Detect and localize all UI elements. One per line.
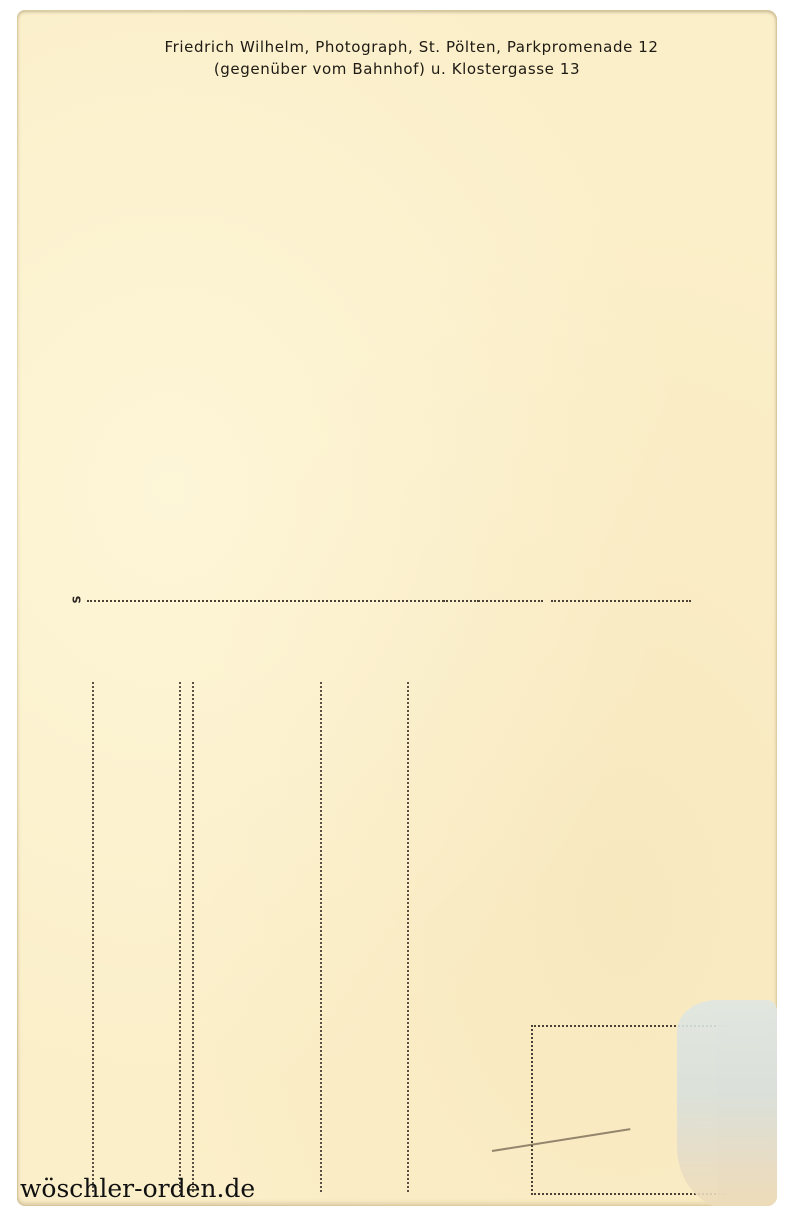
vertical-dotted-line-4 bbox=[320, 682, 322, 1192]
vertical-dotted-line-5 bbox=[407, 682, 409, 1192]
photographer-imprint: Friedrich Wilhelm, Photograph, St. Pölte… bbox=[28, 36, 765, 80]
address-line-top: S bbox=[73, 592, 693, 608]
address-marker: S bbox=[70, 596, 83, 604]
paper-damage bbox=[677, 1000, 777, 1206]
imprint-line-1: Friedrich Wilhelm, Photograph, St. Pölte… bbox=[28, 36, 765, 58]
dotted-line-segment-3 bbox=[551, 600, 691, 602]
dotted-line-segment-2 bbox=[443, 600, 543, 602]
vertical-dotted-line-1 bbox=[92, 682, 94, 1192]
postcard-back: Friedrich Wilhelm, Photograph, St. Pölte… bbox=[17, 10, 777, 1206]
dotted-line-segment-1 bbox=[87, 600, 479, 602]
vertical-dotted-line-3 bbox=[192, 682, 194, 1192]
imprint-line-2: (gegenüber vom Bahnhof) u. Klostergasse … bbox=[28, 58, 765, 80]
vertical-dotted-line-2 bbox=[179, 682, 181, 1192]
watermark: wöschler-orden.de bbox=[20, 1174, 255, 1203]
